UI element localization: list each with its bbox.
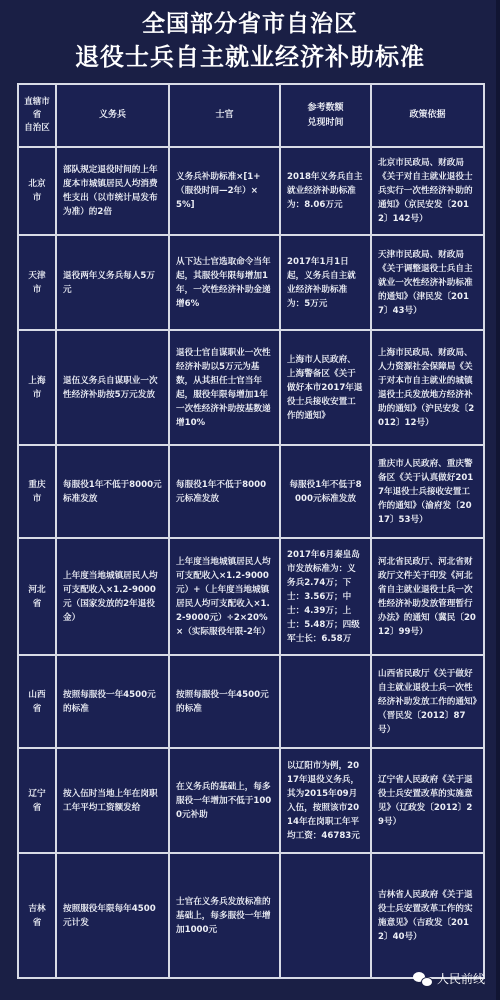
table-row: 天津市 退役两年义务兵每人5万元 从下达士官选取命令当年起，其服役年限每增加1年… [18, 235, 484, 330]
header-region-line: 直辖市 [21, 96, 53, 109]
reference-cell [280, 853, 371, 978]
policy-cell: 辽宁省人民政府《关于退役士兵安置改革的实施意见》（辽政发〔2012〕29号） [371, 748, 484, 853]
region-cell: 辽宁省 [18, 748, 56, 853]
conscript-cell: 退役两年义务兵每人5万元 [56, 235, 169, 330]
region-cell: 上海市 [18, 330, 56, 445]
reference-cell: 2018年义务兵自主就业经济补助标准为：8.06万元 [280, 147, 371, 235]
reference-cell: 2017年1月1日起，义务兵自主就业经济补助标准为：5万元 [280, 235, 371, 330]
image-edge [496, 0, 500, 1000]
header-reference-line: 兑现时间 [287, 116, 364, 131]
conscript-cell: 按照每服役一年4500元的标准 [56, 655, 169, 748]
conscript-cell: 上年度当地城镇居民人均可支配收入×1.2-9000元（国家发放的2年退役金） [56, 538, 169, 655]
conscript-cell: 部队规定退役时间的上年度本市城镇居民人均消费性支出（以市统计局发布为准）的2倍 [56, 147, 169, 235]
nco-cell: 在义务兵的基础上，每多服役一年增加不低于1000元补助 [169, 748, 280, 853]
policy-cell: 吉林省人民政府《关于退役士兵安置改革工作的实施意见》（吉政发〔2012〕40号） [371, 853, 484, 978]
conscript-cell: 按入伍时当地上年在岗职工年平均工资额发给 [56, 748, 169, 853]
region-cell: 天津市 [18, 235, 56, 330]
reference-cell: 每服役1年不低于8000元标准发放 [280, 445, 371, 538]
header-nco: 士官 [169, 84, 280, 147]
watermark: 人民前线 [413, 970, 485, 987]
title-line-2: 退役士兵自主就业经济补助标准 [0, 41, 500, 74]
table-row: 上海市 退伍义务兵自谋职业一次性经济补助按5万元发放 退役士官自谋职业一次性经济… [18, 330, 484, 445]
region-cell: 重庆市 [18, 445, 56, 538]
header-region-line: 自治区 [21, 122, 53, 135]
header-reference-line: 参考数额 [287, 101, 364, 116]
nco-cell: 退役士官自谋职业一次性经济补助以5万元为基数，从其担任士官当年起，服役年限每增加… [169, 330, 280, 445]
reference-cell [280, 655, 371, 748]
policy-cell: 北京市民政局、财政局《关于对自主就业退役士兵实行一次性经济补助的通知》（京民安发… [371, 147, 484, 235]
header-policy: 政策依据 [371, 84, 484, 147]
policy-cell: 河北省民政厅、河北省财政厅文件关于印发《河北省自主就业退役士兵一次性经济补助发放… [371, 538, 484, 655]
reference-cell: 2017年6月秦皇岛市发放标准为：义务兵2.74万；下士：3.56万；中士：4.… [280, 538, 371, 655]
nco-cell: 义务兵补助标准×[1+（服役时间—2年）×5%] [169, 147, 280, 235]
conscript-cell: 按照服役年限每年4500元计发 [56, 853, 169, 978]
wechat-icon [413, 972, 433, 986]
conscript-cell: 退伍义务兵自谋职业一次性经济补助按5万元发放 [56, 330, 169, 445]
title-line-1: 全国部分省市自治区 [0, 8, 500, 41]
policy-cell: 上海市民政局、财政局、人力资源社会保障局《关于对本市自主就业的城镇退役士兵发放地… [371, 330, 484, 445]
region-cell: 河北省 [18, 538, 56, 655]
table-row: 北京市 部队规定退役时间的上年度本市城镇居民人均消费性支出（以市统计局发布为准）… [18, 147, 484, 235]
policy-cell: 天津市民政局、财政局《关于调整退役士兵自主就业一次性经济补助标准的通知》（津民发… [371, 235, 484, 330]
nco-cell: 士官在义务兵发放标准的基础上，每多服役一年增加1000元 [169, 853, 280, 978]
watermark-text: 人民前线 [437, 970, 485, 987]
region-cell: 吉林省 [18, 853, 56, 978]
nco-cell: 每服役1年不低于8000元标准发放 [169, 445, 280, 538]
subsidy-table: 直辖市 省 自治区 义务兵 士官 参考数额 兑现时间 政策依据 北京市 部队规定… [17, 83, 485, 979]
table-header-row: 直辖市 省 自治区 义务兵 士官 参考数额 兑现时间 政策依据 [18, 84, 484, 147]
table-row: 辽宁省 按入伍时当地上年在岗职工年平均工资额发给 在义务兵的基础上，每多服役一年… [18, 748, 484, 853]
policy-cell: 山西省民政厅《关于做好自主就业退役士兵一次性经济补助发放工作的通知》（晋民发〔2… [371, 655, 484, 748]
header-region-line: 省 [21, 109, 53, 122]
nco-cell: 按照每服役一年4500元的标准 [169, 655, 280, 748]
header-conscript: 义务兵 [56, 84, 169, 147]
header-region: 直辖市 省 自治区 [18, 84, 56, 147]
table-row: 河北省 上年度当地城镇居民人均可支配收入×1.2-9000元（国家发放的2年退役… [18, 538, 484, 655]
reference-cell: 以辽阳市为例，2017年退役义务兵，其为2015年09月入伍，按照该市2014年… [280, 748, 371, 853]
header-reference: 参考数额 兑现时间 [280, 84, 371, 147]
nco-cell: 上年度当地城镇居民人均可支配收入×1.2-9000元）+（上年度当地城镇居民人均… [169, 538, 280, 655]
region-cell: 山西省 [18, 655, 56, 748]
conscript-cell: 每服役1年不低于8000元标准发放 [56, 445, 169, 538]
page-title: 全国部分省市自治区 退役士兵自主就业经济补助标准 [0, 8, 500, 74]
table-row: 吉林省 按照服役年限每年4500元计发 士官在义务兵发放标准的基础上，每多服役一… [18, 853, 484, 978]
reference-cell: 上海市人民政府、上海警备区《关于做好本市2017年退役士兵接收安置工作的通知》 [280, 330, 371, 445]
policy-cell: 重庆市人民政府、重庆警备区《关于认真做好2017年退役士兵接收安置工作的通知》（… [371, 445, 484, 538]
nco-cell: 从下达士官选取命令当年起，其服役年限每增加1年，一次性经济补助金递增6% [169, 235, 280, 330]
region-cell: 北京市 [18, 147, 56, 235]
table-row: 山西省 按照每服役一年4500元的标准 按照每服役一年4500元的标准 山西省民… [18, 655, 484, 748]
table-row: 重庆市 每服役1年不低于8000元标准发放 每服役1年不低于8000元标准发放 … [18, 445, 484, 538]
